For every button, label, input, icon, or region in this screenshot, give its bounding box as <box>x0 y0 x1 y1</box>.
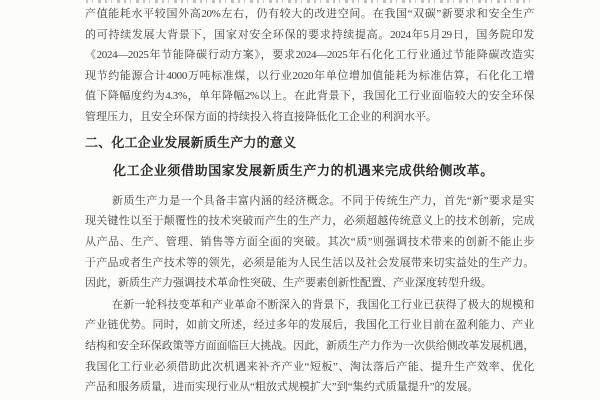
section-heading: 二、化工企业发展新质生产力的意义 <box>85 133 534 154</box>
text-line: 因此，新质生产力强调技术革命性突破、生产要素创新性配置、产业深度转型升级。 <box>85 273 534 294</box>
text-line: 在新一轮科技变革和产业革命不断深入的背景下，我国化工行业已获得了极大的规模和 <box>85 295 534 316</box>
text-line: 产值能耗水平较国外高20%左右，仍有较大的改进空间。在我国“双碳”新要求和安全生… <box>85 4 534 25</box>
paragraph-new-productive-forces: 新质生产力是一个具备丰富内涵的经济概念。不同于传统生产力，首先“新”要求是实 现… <box>85 191 534 294</box>
text-line: 从产品、生产、管理、销售等方面全面的突破。其次“质”则强调技术带来的创新不能止步 <box>85 232 534 253</box>
document-body: 产值能耗水平较国外高20%左右，仍有较大的改进空间。在我国“双碳”新要求和安全生… <box>85 4 534 398</box>
previous-line-artifact <box>86 0 533 3</box>
text-line: 《2024—2025年节能降碳行动方案》，要求2024—2025年石化化工行业通… <box>85 45 534 66</box>
text-line: 新质生产力是一个具备丰富内涵的经济概念。不同于传统生产力，首先“新”要求是实 <box>85 191 534 212</box>
text-line: 现节约能源合计4000万吨标准煤，以行业2020年单位增加值能耗为标准估算，石化… <box>85 66 534 87</box>
text-line: 现关键性以至于颠覆性的技术突破而产生的生产力，必须超越传统意义上的技术创新，完成 <box>85 211 534 232</box>
text-line: 产业链优势。同时，如前文所述，经过多年的发展后，我国化工行业目前在盈利能力、产业 <box>85 315 534 336</box>
document-page: 产值能耗水平较国外高20%左右，仍有较大的改进空间。在我国“双碳”新要求和安全生… <box>0 0 600 400</box>
text-line: 结构和安全环保政策等方面面临巨大挑战。因此，新质生产力作为一次供给侧改革发展机遇… <box>85 336 534 357</box>
thesis-statement: 化工企业须借助国家发展新质生产力的机遇来完成供给侧改革。 <box>85 161 534 182</box>
paragraph-industry-opportunity: 在新一轮科技变革和产业革命不断深入的背景下，我国化工行业已获得了极大的规模和 产… <box>85 295 534 398</box>
text-line: 产品和服务质量，进而实现行业从“粗放式规模扩大”到“集约式质量提升”的发展。 <box>85 377 534 398</box>
text-line: 管理压力，且安全环保方面的持续投入将直接降低化工企业的利润水平。 <box>85 107 534 128</box>
text-line: 我国化工行业必须借助此次机遇来补齐产业“短板”、淘汰落后产能、提升生产效率、优化 <box>85 357 534 378</box>
text-line: 值下降幅度约为4.3%，单年降幅2%以上。在此背景下，我国化工行业面临较大的安全… <box>85 86 534 107</box>
paragraph-energy-policy: 产值能耗水平较国外高20%左右，仍有较大的改进空间。在我国“双碳”新要求和安全生… <box>85 4 534 128</box>
text-line: 的可持续发展大背景下，国家对安全环保的要求持续提高。2024年5月29日，国务院… <box>85 25 534 46</box>
text-line: 于产品或者生产技术等的领先，必须是能为人民生活以及社会发展带来切实益处的生产力。 <box>85 253 534 274</box>
